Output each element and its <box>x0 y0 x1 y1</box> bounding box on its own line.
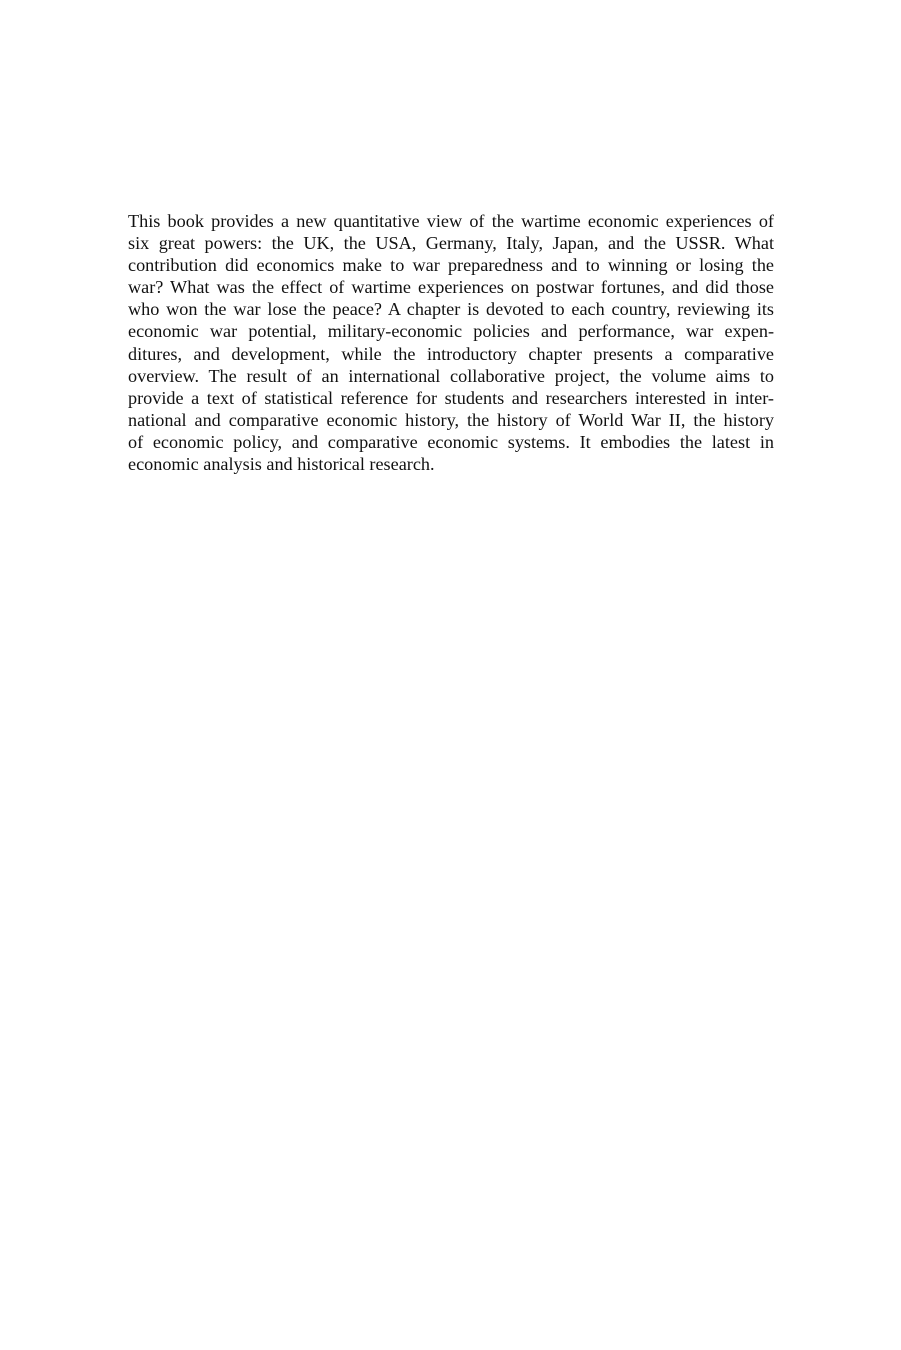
paragraph-line: economic analysis and historical researc… <box>128 453 774 475</box>
paragraph-line: overview. The result of an international… <box>128 365 774 387</box>
paragraph-line: of economic policy, and comparative econ… <box>128 431 774 453</box>
paragraph-line: national and comparative economic histor… <box>128 409 774 431</box>
paragraph-line: war? What was the effect of wartime expe… <box>128 276 774 298</box>
paragraph-line: economic war potential, military-economi… <box>128 320 774 342</box>
paragraph-line: provide a text of statistical reference … <box>128 387 774 409</box>
paragraph-line: who won the war lose the peace? A chapte… <box>128 298 774 320</box>
paragraph-line: six great powers: the UK, the USA, Germa… <box>128 232 774 254</box>
description-paragraph: This book provides a new quantitative vi… <box>128 210 774 475</box>
document-page: This book provides a new quantitative vi… <box>0 0 901 1350</box>
paragraph-line: ditures, and development, while the intr… <box>128 343 774 365</box>
paragraph-line: contribution did economics make to war p… <box>128 254 774 276</box>
paragraph-line: This book provides a new quantitative vi… <box>128 210 774 232</box>
